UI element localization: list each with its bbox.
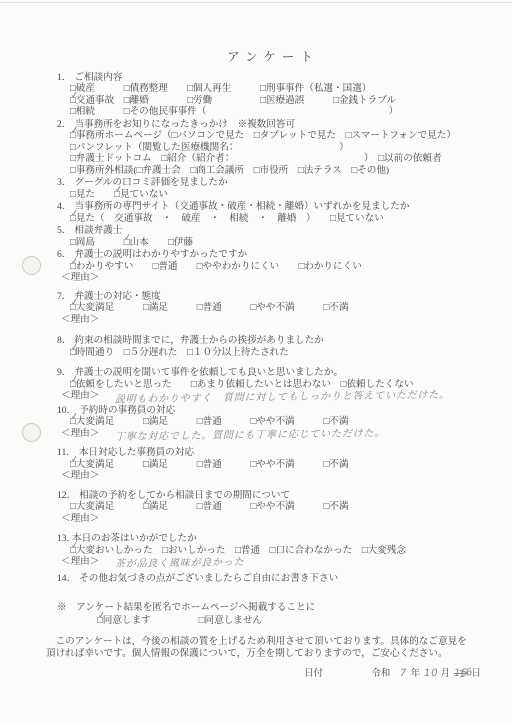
year-suffix: 年	[411, 668, 421, 680]
checkbox-icon: □	[254, 165, 260, 176]
reason-row: ＜理由＞	[57, 272, 489, 284]
checkbox-icon: □	[270, 545, 276, 556]
checkbox-icon: □	[330, 213, 336, 224]
date-label: 日付	[304, 668, 323, 680]
question-number: 1．	[57, 72, 71, 83]
question-header: 4．当事務所の専門サイト（交通事故・破産・相続・離婚）いずれかを見ましたか	[57, 201, 489, 213]
checkbox-icon: □	[260, 83, 266, 94]
question-label: グーグルの口コミ評価を見ましたか	[74, 177, 227, 188]
check-mark-icon: ✓	[70, 257, 79, 267]
checkbox-icon: □	[235, 545, 241, 556]
question-header: 12．相談の予約をしてから相談日までの期間について	[57, 490, 489, 502]
questions: 1．ご相談内容□破産 □債務整理 □個人再生 □刑事事件（私選・国選）□✓交通事…	[57, 72, 489, 585]
checkbox-icon: □	[70, 142, 76, 153]
survey-content: アンケート 1．ご相談内容□破産 □債務整理 □個人再生 □刑事事件（私選・国選…	[57, 52, 489, 680]
checkbox-icon: □	[197, 501, 203, 512]
checkbox-icon: □	[250, 501, 256, 512]
checkbox-checked-icon: □✓	[70, 379, 76, 390]
checkbox-icon: □	[153, 261, 159, 272]
page-title: アンケート	[57, 52, 489, 64]
checkbox-icon: □	[362, 545, 368, 556]
option-line: □相続 □その他民事事件（ ）	[57, 106, 489, 118]
option-line: □✓大変満足 □満足 □普通 □やや不満 □不満	[57, 459, 489, 471]
check-mark-icon: ✓	[70, 541, 79, 551]
question-10: 10．予約時の事務員の対応□✓大変満足 □満足 □普通 □やや不満 □不満＜理由…	[57, 405, 489, 440]
reason-row: ＜理由＞	[57, 470, 489, 482]
checkbox-icon: □	[323, 302, 329, 313]
question-label: 当事務所をお知りになったきっかけ ※複数回答可	[74, 119, 295, 130]
question-number: 13.	[57, 533, 69, 544]
checkbox-checked-icon: □✓	[70, 302, 76, 313]
question-header: 11．本日対応した事務員の対応	[57, 447, 489, 459]
question-number: 6．	[57, 249, 71, 260]
question-label: 予約時の事務員の対応	[79, 405, 175, 416]
consent-text: ※ アンケート結果を匿名でホームページへ掲載することに	[57, 602, 489, 614]
checkbox-icon: □	[254, 130, 260, 141]
question-13: 13.本日のお茶はいかがでしたか□✓大変おいしかった □おいしかった □普通 □…	[57, 533, 489, 568]
checkbox-icon: □	[70, 189, 76, 200]
closing-line: 頂ければ幸いです。個人情報の保護について，万全を期しておりますので，ご安心くださ…	[46, 648, 489, 660]
option-line: □事務所外相談(□弁護士会 □商工会議所 □市役所 □法テラス □その他)	[57, 165, 489, 177]
question-label: 相談の予約をしてから相談日までの期間について	[79, 490, 290, 501]
question-7: 7．弁護士の対応・態度□✓大変満足 □満足 □普通 □やや不満 □不満＜理由＞	[57, 291, 489, 326]
check-mark-icon: ✓	[70, 413, 79, 423]
closing-line: このアンケートは，今後の相談の質を上げるため利用させて頂いております。具体的なご…	[46, 636, 489, 648]
handwritten-note: 茶が品良く風味が良かった	[115, 557, 245, 570]
question-label: 当事務所の専門サイト（交通事故・破産・相続・離婚）いずれかを見ましたか	[74, 201, 409, 212]
check-mark-icon: ✓	[124, 233, 133, 243]
checkbox-icon: □	[197, 261, 203, 272]
checkbox-icon: □	[143, 416, 149, 427]
checkbox-checked-icon: □✓	[70, 130, 76, 141]
question-label: ご相談内容	[74, 72, 122, 83]
consent-section: ※ アンケート結果を匿名でホームページへ掲載することに □✓同意します □同意し…	[57, 602, 489, 626]
checkbox-icon: □	[197, 459, 203, 470]
checkbox-icon: □	[143, 302, 149, 313]
option-line: □✓時間通り □５分遅れた □１０分以上待たされた	[57, 347, 489, 359]
question-number: 7．	[57, 291, 71, 302]
checkbox-checked-icon: □✓	[114, 189, 120, 200]
checkbox-checked-icon: □✓	[70, 459, 76, 470]
month-suffix: 月	[440, 668, 450, 680]
reason-label: ＜理由＞	[61, 314, 99, 325]
checkbox-icon: □	[124, 106, 130, 117]
question-3: 3．グーグルの口コミ評価を見ましたか□見た □✓見ていない	[57, 177, 489, 200]
question-header: 14．その他お気づきの点がございましたらご自由にお書き下さい	[57, 573, 489, 585]
checkbox-checked-icon: □✓	[70, 95, 76, 106]
reason-row: ＜理由＞	[57, 314, 489, 326]
checkbox-icon: □	[341, 379, 347, 390]
question-number: 3．	[57, 177, 71, 188]
reason-label: ＜理由＞	[61, 556, 99, 567]
era-label: 令和	[371, 668, 390, 680]
handwritten-note: 説明もわかりやすく 質問に対してもしっかりと答えていただけた。	[115, 390, 450, 406]
checkbox-icon: □	[70, 237, 76, 248]
checkbox-icon: □	[161, 153, 167, 164]
option-line: □✓大変満足 □満足 □普通 □やや不満 □不満	[57, 416, 489, 428]
option-line: □弁護士ドットコム □紹介（紹介者： ） □以前の依頼者	[57, 153, 489, 165]
check-mark-icon: ✓	[70, 299, 79, 309]
check-mark-icon: ✓	[114, 185, 123, 195]
checkbox-icon: □	[323, 459, 329, 470]
scan-edge-line	[0, 2, 512, 3]
option-line: □✓事務所ホームページ（□パソコンで見た □タブレットで見た □スマートフォンで…	[57, 130, 489, 142]
checkbox-icon: □	[250, 302, 256, 313]
option-line: □パンフレット（閲覧した医療機関名： ）	[57, 142, 489, 154]
question-header: 5．相談弁護士	[57, 225, 489, 237]
checkbox-icon: □	[187, 347, 193, 358]
question-number: 2．	[57, 119, 71, 130]
reason-label: ＜理由＞	[61, 513, 99, 524]
question-label: 相談弁護士	[74, 225, 122, 236]
question-1: 1．ご相談内容□破産 □債務整理 □個人再生 □刑事事件（私選・国選）□✓交通事…	[57, 72, 489, 118]
checkbox-icon: □	[172, 130, 178, 141]
question-label: 弁護士の説明はわかりやすかったですか	[74, 249, 247, 260]
option-line: □✓見た（ 交通事故 ・ 破産 ・ 相続 ・ 離婚 ） □見ていない	[57, 213, 489, 225]
question-number: 4．	[57, 201, 71, 212]
checkbox-icon: □	[124, 83, 130, 94]
question-header: 10．予約時の事務員の対応	[57, 405, 489, 417]
checkbox-icon: □	[298, 261, 304, 272]
option-line: □✓大変満足 □満足 □普通 □やや不満 □不満	[57, 302, 489, 314]
checkbox-icon: □	[351, 165, 357, 176]
checkbox-icon: □	[187, 83, 193, 94]
checkbox-icon: □	[298, 165, 304, 176]
question-6: 6．弁護士の説明はわかりやすかったですか□✓わかりやすい □普通 □ややわかりに…	[57, 249, 489, 284]
checkbox-checked-icon: □✓	[143, 501, 149, 512]
binder-hole	[22, 423, 41, 442]
check-mark-icon: ✓	[70, 343, 79, 353]
checkbox-icon: □	[346, 130, 352, 141]
question-8: 8．約束の相談時間までに，弁護士からの挨拶がありましたか□✓時間通り □５分遅れ…	[57, 335, 489, 358]
checkbox-icon: □	[190, 165, 196, 176]
reason-row: ＜理由＞丁寧な対応でした。質問にも丁寧に応じていただけた。	[57, 428, 489, 440]
option-line: □✓交通事故 □離婚 □労働 □医療過誤 □金銭トラブル	[57, 95, 489, 107]
question-4: 4．当事務所の専門サイト（交通事故・破産・相続・離婚）いずれかを見ましたか□✓見…	[57, 201, 489, 224]
handwritten-day: 15 16	[454, 668, 468, 680]
question-5: 5．相談弁護士□岡島 □✓山本 □伊藤	[57, 225, 489, 248]
check-mark-icon: ✓	[70, 127, 79, 137]
reason-label: ＜理由＞	[61, 390, 99, 401]
question-header: 8．約束の相談時間までに，弁護士からの挨拶がありましたか	[57, 335, 489, 347]
binder-hole	[22, 256, 41, 275]
question-label: 弁護士の説明を聞いて事件を依頼しても良いと思いましたか。	[74, 367, 343, 378]
reason-label: ＜理由＞	[61, 428, 99, 439]
question-2: 2．当事務所をお知りになったきっかけ ※複数回答可□✓事務所ホームページ（□パソ…	[57, 119, 489, 177]
checkbox-icon: □	[197, 416, 203, 427]
check-mark-icon: ✓	[70, 455, 79, 465]
reason-row: ＜理由＞茶が品良く風味が良かった	[57, 556, 489, 568]
question-number: 9．	[57, 367, 71, 378]
checkbox-icon: □	[70, 165, 76, 176]
checkbox-icon: □	[137, 165, 143, 176]
checkbox-checked-icon: □✓	[70, 545, 76, 556]
option-line: □✓依頼をしたいと思った □あまり依頼したいとは思わない □依頼したくない	[57, 379, 489, 391]
checkbox-icon: □	[323, 416, 329, 427]
option-line: □✓大変おいしかった □おいしかった □普通 □口に合わなかった □大変残念	[57, 545, 489, 557]
question-number: 8．	[57, 335, 71, 346]
question-12: 12．相談の予約をしてから相談日までの期間について□大変満足 □✓満足 □普通 …	[57, 490, 489, 525]
checkbox-icon: □	[70, 153, 76, 164]
checkbox-checked-icon: □✓	[97, 615, 103, 626]
question-label: 約束の相談時間までに，弁護士からの挨拶がありましたか	[74, 335, 323, 346]
question-header: 13.本日のお茶はいかがでしたか	[57, 533, 489, 545]
checkbox-icon: □	[191, 379, 197, 390]
checkbox-icon: □	[124, 347, 130, 358]
scanned-survey-page: アンケート 1．ご相談内容□破産 □債務整理 □個人再生 □刑事事件（私選・国選…	[0, 0, 512, 724]
date-row: 日付 令和 7 年 10 月 15 16 日	[57, 668, 489, 680]
checkbox-icon: □	[260, 95, 266, 106]
checkbox-icon: □	[197, 302, 203, 313]
checkbox-checked-icon: □✓	[70, 416, 76, 427]
checkbox-icon: □	[323, 501, 329, 512]
question-header: 6．弁護士の説明はわかりやすかったですか	[57, 249, 489, 261]
check-mark-icon: ✓	[97, 611, 106, 621]
option-line: □✓わかりやすい □普通 □ややわかりにくい □わかりにくい	[57, 261, 489, 273]
handwritten-note: 丁寧な対応でした。質問にも丁寧に応じていただけた。	[115, 428, 385, 443]
question-header: 2．当事務所をお知りになったきっかけ ※複数回答可	[57, 119, 489, 131]
handwritten-month: 10	[424, 668, 438, 680]
question-number: 12．	[57, 490, 76, 501]
option-line: □破産 □債務整理 □個人再生 □刑事事件（私選・国選）	[57, 83, 489, 95]
checkbox-icon: □	[187, 95, 193, 106]
question-label: 弁護士の対応・態度	[74, 291, 160, 302]
checkbox-icon: □	[199, 615, 205, 626]
check-mark-icon: ✓	[70, 209, 79, 219]
question-11: 11．本日対応した事務員の対応□✓大変満足 □満足 □普通 □やや不満 □不満＜…	[57, 447, 489, 482]
option-line: □大変満足 □✓満足 □普通 □やや不満 □不満	[57, 501, 489, 513]
checkbox-checked-icon: □✓	[70, 261, 76, 272]
checkbox-icon: □	[168, 237, 174, 248]
option-line: □見た □✓見ていない	[57, 189, 489, 201]
checkbox-checked-icon: □✓	[70, 347, 76, 358]
consent-options-line: □✓同意します □同意しません	[57, 615, 489, 627]
question-header: 1．ご相談内容	[57, 72, 489, 84]
reason-label: ＜理由＞	[61, 272, 99, 283]
question-14: 14．その他お気づきの点がございましたらご自由にお書き下さい	[57, 573, 489, 585]
question-label: 本日のお茶はいかがでしたか	[72, 533, 197, 544]
reason-label: ＜理由＞	[61, 470, 99, 481]
question-label: 本日対応した事務員の対応	[79, 447, 194, 458]
reason-row: ＜理由＞	[57, 513, 489, 525]
check-mark-icon: ✓	[70, 375, 79, 385]
question-9: 9．弁護士の説明を聞いて事件を依頼しても良いと思いましたか。□✓依頼をしたいと思…	[57, 367, 489, 402]
handwritten-year: 7	[400, 668, 407, 680]
option-line: □岡島 □✓山本 □伊藤	[57, 237, 489, 249]
question-header: 7．弁護士の対応・態度	[57, 291, 489, 303]
check-mark-icon: ✓	[70, 91, 79, 101]
checkbox-icon: □	[333, 95, 339, 106]
checkbox-icon: □	[70, 501, 76, 512]
checkbox-checked-icon: □✓	[124, 237, 130, 248]
checkbox-icon: □	[250, 459, 256, 470]
question-number: 5．	[57, 225, 71, 236]
checkbox-icon: □	[378, 153, 384, 164]
reason-row: ＜理由＞説明もわかりやすく 質問に対してもしっかりと答えていただけた。	[57, 390, 489, 402]
checkbox-icon: □	[143, 459, 149, 470]
closing-paragraph: このアンケートは，今後の相談の質を上げるため利用させて頂いております。具体的なご…	[46, 636, 489, 659]
checkbox-checked-icon: □✓	[70, 213, 76, 224]
question-number: 14．	[57, 573, 76, 584]
checkbox-icon: □	[250, 416, 256, 427]
checkbox-icon: □	[124, 95, 130, 106]
question-header: 9．弁護士の説明を聞いて事件を依頼しても良いと思いましたか。	[57, 367, 489, 379]
checkbox-icon: □	[70, 106, 76, 117]
question-label: その他お気づきの点がございましたらご自由にお書き下さい	[79, 573, 338, 584]
checkbox-icon: □	[162, 545, 168, 556]
